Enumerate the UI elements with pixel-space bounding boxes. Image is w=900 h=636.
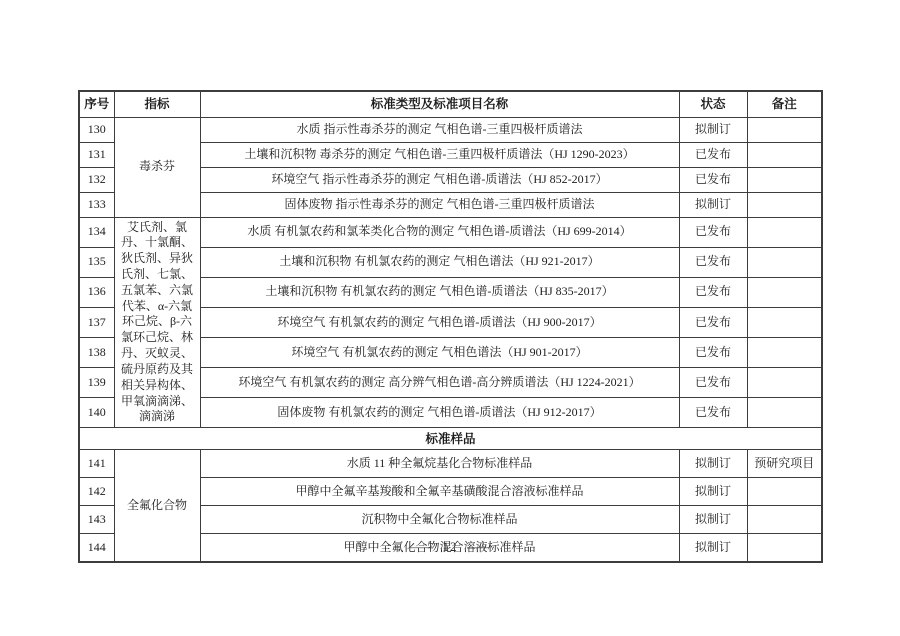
- footer-dash-right: —: [467, 539, 491, 555]
- status-cell: 已发布: [679, 167, 747, 192]
- col-header-standard-name: 标准类型及标准项目名称: [200, 91, 679, 117]
- remark-cell: [747, 142, 822, 167]
- remark-cell: [747, 192, 822, 217]
- row-number-cell: 130: [79, 117, 114, 142]
- table-header-row: 序号指标标准类型及标准项目名称状态备注: [79, 91, 822, 117]
- row-number-cell: 138: [79, 337, 114, 367]
- standards-table: 序号指标标准类型及标准项目名称状态备注 130毒杀芬水质 指示性毒杀芬的测定 气…: [78, 90, 823, 563]
- remark-cell: [747, 368, 822, 398]
- remark-cell: 预研究项目: [747, 450, 822, 478]
- remark-cell: [747, 247, 822, 277]
- standard-name-cell: 土壤和沉积物 有机氯农药的测定 气相色谱-质谱法（HJ 835-2017）: [200, 277, 679, 307]
- page-number: 12: [443, 539, 458, 554]
- status-cell: 已发布: [679, 142, 747, 167]
- remark-cell: [747, 337, 822, 367]
- indicator-cell: 艾氏剂、氯丹、十氯酮、狄氏剂、异狄氏剂、七氯、五氯苯、六氯代苯、α-六氯环己烷、…: [114, 217, 200, 428]
- row-number-cell: 131: [79, 142, 114, 167]
- indicator-cell: 毒杀芬: [114, 117, 200, 217]
- document-page: 序号指标标准类型及标准项目名称状态备注 130毒杀芬水质 指示性毒杀芬的测定 气…: [0, 0, 900, 636]
- page-footer: —12—: [0, 539, 900, 555]
- remark-cell: [747, 167, 822, 192]
- remark-cell: [747, 307, 822, 337]
- row-number-cell: 134: [79, 217, 114, 247]
- footer-dash-left: —: [410, 539, 434, 555]
- row-number-cell: 137: [79, 307, 114, 337]
- row-number-cell: 143: [79, 506, 114, 534]
- table-row: 130毒杀芬水质 指示性毒杀芬的测定 气相色谱-三重四极杆质谱法拟制订: [79, 117, 822, 142]
- col-header-indicator: 指标: [114, 91, 200, 117]
- row-number-cell: 132: [79, 167, 114, 192]
- status-cell: 已发布: [679, 337, 747, 367]
- table-row: 134艾氏剂、氯丹、十氯酮、狄氏剂、异狄氏剂、七氯、五氯苯、六氯代苯、α-六氯环…: [79, 217, 822, 247]
- status-cell: 已发布: [679, 398, 747, 428]
- status-cell: 已发布: [679, 217, 747, 247]
- status-cell: 拟制订: [679, 192, 747, 217]
- standard-name-cell: 土壤和沉积物 毒杀芬的测定 气相色谱-三重四极杆质谱法（HJ 1290-2023…: [200, 142, 679, 167]
- remark-cell: [747, 478, 822, 506]
- section-row: 标准样品: [79, 428, 822, 450]
- col-header-remark: 备注: [747, 91, 822, 117]
- standard-name-cell: 固体废物 指示性毒杀芬的测定 气相色谱-三重四极杆质谱法: [200, 192, 679, 217]
- status-cell: 拟制订: [679, 450, 747, 478]
- table-row: 141全氟化合物水质 11 种全氟烷基化合物标准样品拟制订预研究项目: [79, 450, 822, 478]
- row-number-cell: 142: [79, 478, 114, 506]
- standard-name-cell: 沉积物中全氟化合物标准样品: [200, 506, 679, 534]
- standard-name-cell: 固体废物 有机氯农药的测定 气相色谱-质谱法（HJ 912-2017）: [200, 398, 679, 428]
- section-header-cell: 标准样品: [79, 428, 822, 450]
- status-cell: 拟制订: [679, 478, 747, 506]
- remark-cell: [747, 398, 822, 428]
- remark-cell: [747, 277, 822, 307]
- standard-name-cell: 水质 11 种全氟烷基化合物标准样品: [200, 450, 679, 478]
- row-number-cell: 139: [79, 368, 114, 398]
- status-cell: 已发布: [679, 247, 747, 277]
- status-cell: 拟制订: [679, 506, 747, 534]
- standard-name-cell: 甲醇中全氟辛基羧酸和全氟辛基磺酸混合溶液标准样品: [200, 478, 679, 506]
- row-number-cell: 141: [79, 450, 114, 478]
- status-cell: 已发布: [679, 277, 747, 307]
- standard-name-cell: 环境空气 有机氯农药的测定 高分辨气相色谱-高分辨质谱法（HJ 1224-202…: [200, 368, 679, 398]
- status-cell: 拟制订: [679, 117, 747, 142]
- standard-name-cell: 水质 有机氯农药和氯苯类化合物的测定 气相色谱-质谱法（HJ 699-2014）: [200, 217, 679, 247]
- standard-name-cell: 水质 指示性毒杀芬的测定 气相色谱-三重四极杆质谱法: [200, 117, 679, 142]
- standard-name-cell: 环境空气 有机氯农药的测定 气相色谱法（HJ 901-2017）: [200, 337, 679, 367]
- status-cell: 已发布: [679, 368, 747, 398]
- row-number-cell: 135: [79, 247, 114, 277]
- remark-cell: [747, 117, 822, 142]
- standard-name-cell: 环境空气 有机氯农药的测定 气相色谱-质谱法（HJ 900-2017）: [200, 307, 679, 337]
- col-header-status: 状态: [679, 91, 747, 117]
- standard-name-cell: 环境空气 指示性毒杀芬的测定 气相色谱-质谱法（HJ 852-2017）: [200, 167, 679, 192]
- remark-cell: [747, 217, 822, 247]
- remark-cell: [747, 506, 822, 534]
- row-number-cell: 140: [79, 398, 114, 428]
- row-number-cell: 136: [79, 277, 114, 307]
- row-number-cell: 133: [79, 192, 114, 217]
- standard-name-cell: 土壤和沉积物 有机氯农药的测定 气相色谱法（HJ 921-2017）: [200, 247, 679, 277]
- status-cell: 已发布: [679, 307, 747, 337]
- col-header-no: 序号: [79, 91, 114, 117]
